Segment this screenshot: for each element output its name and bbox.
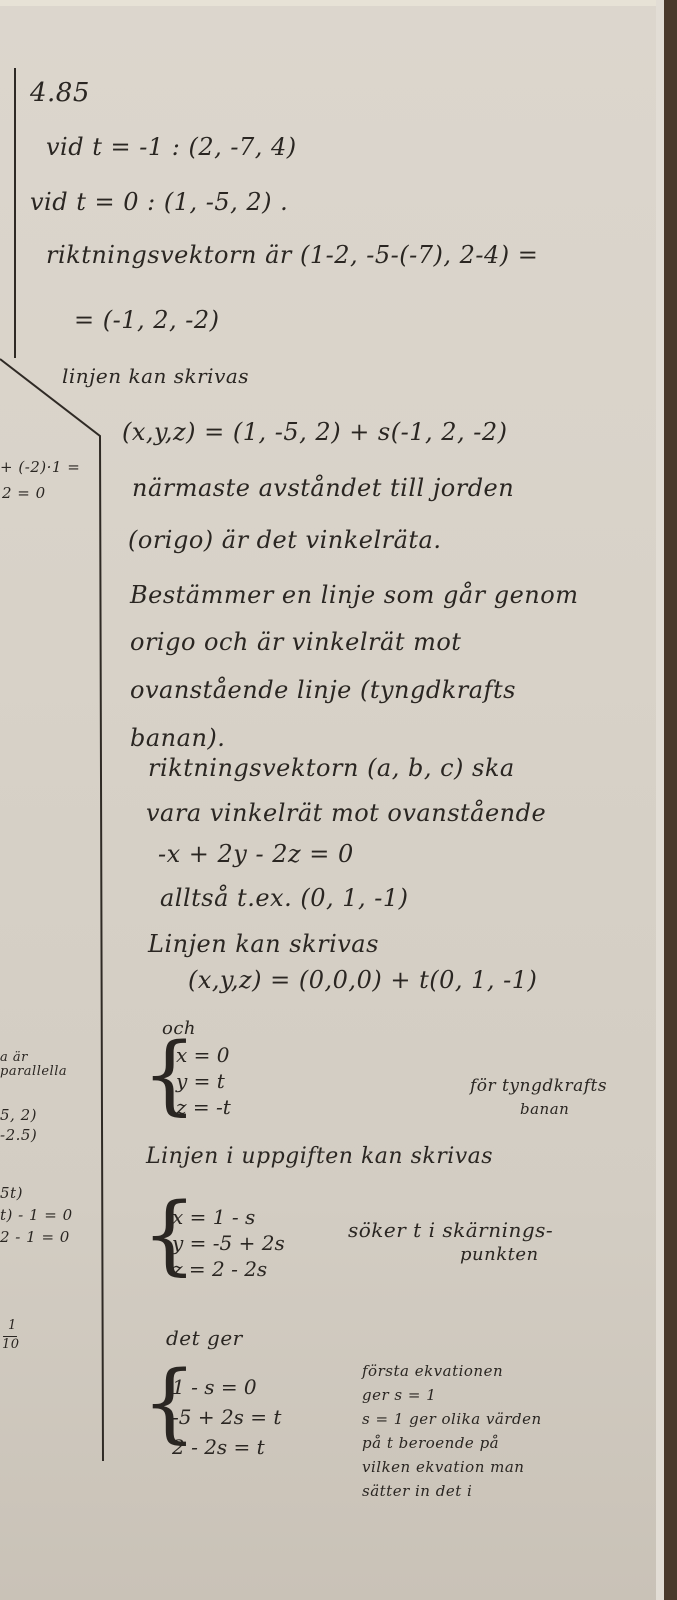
margin-fragment: + (-2)·1 = [0, 458, 80, 476]
text-line: riktningsvektorn (a, b, c) ska [148, 754, 515, 782]
text-line: Bestämmer en linje som går genom [130, 581, 578, 609]
margin-fragment-fraction-den: 10 [2, 1337, 20, 1352]
margin-fragment: a är [0, 1050, 28, 1065]
background-edge [664, 0, 677, 1600]
problem-number: 4.85 [30, 78, 90, 108]
side-note: första ekvationen [362, 1362, 503, 1380]
side-note: söker t i skärnings- [348, 1218, 553, 1242]
text-line: vid t = -1 : (2, -7, 4) [46, 133, 297, 161]
notebook-page: 4.85 vid t = -1 : (2, -7, 4) vid t = 0 :… [0, 6, 656, 1600]
margin-fragment: t) - 1 = 0 [0, 1206, 73, 1224]
margin-fragment: 2 = 0 [2, 484, 46, 502]
text-line: alltså t.ex. (0, 1, -1) [160, 884, 409, 912]
equation: -x + 2y - 2z = 0 [158, 840, 354, 868]
margin-fragment: parallella [0, 1064, 67, 1079]
text-line: vid t = 0 : (1, -5, 2) . [30, 188, 288, 216]
side-note: ger s = 1 [362, 1386, 436, 1404]
margin-fragment: -2.5) [0, 1126, 37, 1144]
page-edge [656, 0, 664, 1600]
text-line: (origo) är det vinkelräta. [128, 526, 442, 554]
text-line: Linjen i uppgiften kan skrivas [146, 1144, 493, 1169]
side-note: s = 1 ger olika värden [362, 1410, 542, 1428]
equation: (x,y,z) = (1, -5, 2) + s(-1, 2, -2) [122, 418, 508, 446]
margin-fragment: 5, 2) [0, 1106, 37, 1124]
text-line: ovanstående linje (tyngdkrafts [130, 676, 516, 704]
text-line: vara vinkelrät mot ovanstående [146, 799, 546, 827]
divider-lines [0, 346, 120, 1466]
margin-line-top [14, 68, 16, 358]
side-note: sätter in det i [362, 1482, 472, 1500]
text-line: linjen kan skrivas [62, 364, 249, 388]
equation-system-perpendicular: x = 0 y = t z = -t [176, 1042, 231, 1120]
equation: (x,y,z) = (0,0,0) + t(0, 1, -1) [188, 966, 537, 994]
margin-fragment-fraction-num: 1 [8, 1318, 17, 1333]
text-line: det ger [166, 1326, 243, 1350]
equation-system-task-line: x = 1 - s y = -5 + 2s z = 2 - 2s [172, 1204, 285, 1282]
side-note: banan [520, 1100, 569, 1118]
margin-fragment: 5t) [0, 1184, 23, 1202]
text-line: närmaste avståndet till jorden [132, 474, 514, 502]
text-line: origo och är vinkelrät mot [130, 628, 461, 656]
side-note: på t beroende på [362, 1434, 499, 1452]
text-line: = (-1, 2, -2) [74, 306, 220, 334]
text-line: riktningsvektorn är (1-2, -5-(-7), 2-4) … [46, 241, 538, 269]
side-note: vilken ekvation man [362, 1458, 524, 1476]
text-line: banan). [130, 724, 225, 752]
margin-fragment: 2 - 1 = 0 [0, 1228, 70, 1246]
equation-system-intersection: 1 - s = 0 -5 + 2s = t 2 - 2s = t [172, 1372, 281, 1462]
side-note: för tyngdkrafts [470, 1076, 607, 1096]
side-note: punkten [460, 1244, 539, 1265]
text-line: Linjen kan skrivas [148, 930, 379, 958]
